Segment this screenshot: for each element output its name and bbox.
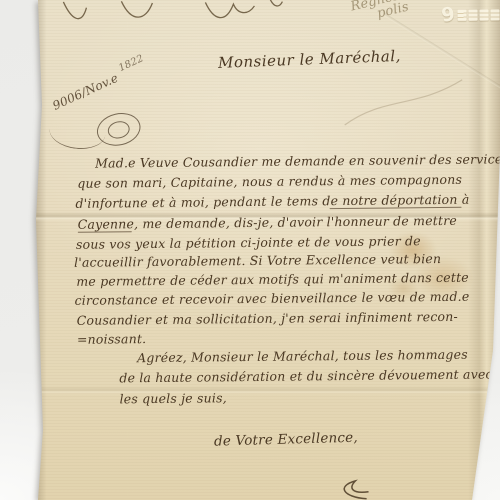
letter-paper: Regnes polis 9 Monsieur le Maréchal, 900…: [0, 0, 500, 500]
handwriting-layer: Regnes polis 9 Monsieur le Maréchal, 900…: [0, 0, 500, 500]
signature-fragment-icon: [322, 480, 382, 500]
ink-underline: [330, 207, 462, 210]
body-line: Cousandier et ma sollicitation, j'en ser…: [77, 309, 458, 328]
docket-number-text: 9006/Nov.e: [50, 71, 120, 113]
pencil-annotation: Regnes polis: [349, 0, 410, 26]
salutation-line: Monsieur le Maréchal,: [218, 47, 401, 72]
watermark: 9: [441, 3, 499, 26]
watermark-characters-icon: [457, 9, 499, 20]
watermark-logo-icon: 9: [440, 3, 456, 27]
cutoff-top-flourish-icon: [55, 0, 305, 30]
ink-underline: [78, 231, 132, 233]
body-line: circonstance et recevoir avec bienveilla…: [74, 289, 469, 308]
docket-year-text: 1822: [117, 53, 145, 74]
faint-flourish-icon: [338, 74, 469, 131]
body-line: Cayenne, me demande, dis-je, d'avoir l'h…: [78, 213, 457, 232]
photo-backdrop: { "scene": { "backdrop_color": "#ededeb"…: [0, 0, 500, 500]
body-line: l'accueillir favorablement. Si Votre Exc…: [74, 251, 441, 270]
body-line: que son mari, Capitaine, nous a rendus à…: [77, 172, 462, 191]
body-line: Mad.e Veuve Cousandier me demande en sou…: [95, 151, 500, 170]
body-line: les quels je suis,: [119, 390, 226, 406]
body-line: me permettre de céder aux motifs qui m'a…: [76, 270, 469, 289]
body-line: =noissant.: [77, 331, 147, 347]
docket-number: 9006/Nov.e1822: [50, 60, 144, 113]
closing-line: de Votre Excellence,: [214, 430, 358, 450]
body-line: de la haute considération et du sincère …: [119, 366, 493, 385]
letter-photo: Regnes polis 9 Monsieur le Maréchal, 900…: [0, 0, 500, 500]
body-line: Agréez, Monsieur le Maréchal, tous les h…: [137, 347, 468, 365]
body-line: sous vos yeux la pétition ci-jointe et d…: [76, 233, 421, 252]
